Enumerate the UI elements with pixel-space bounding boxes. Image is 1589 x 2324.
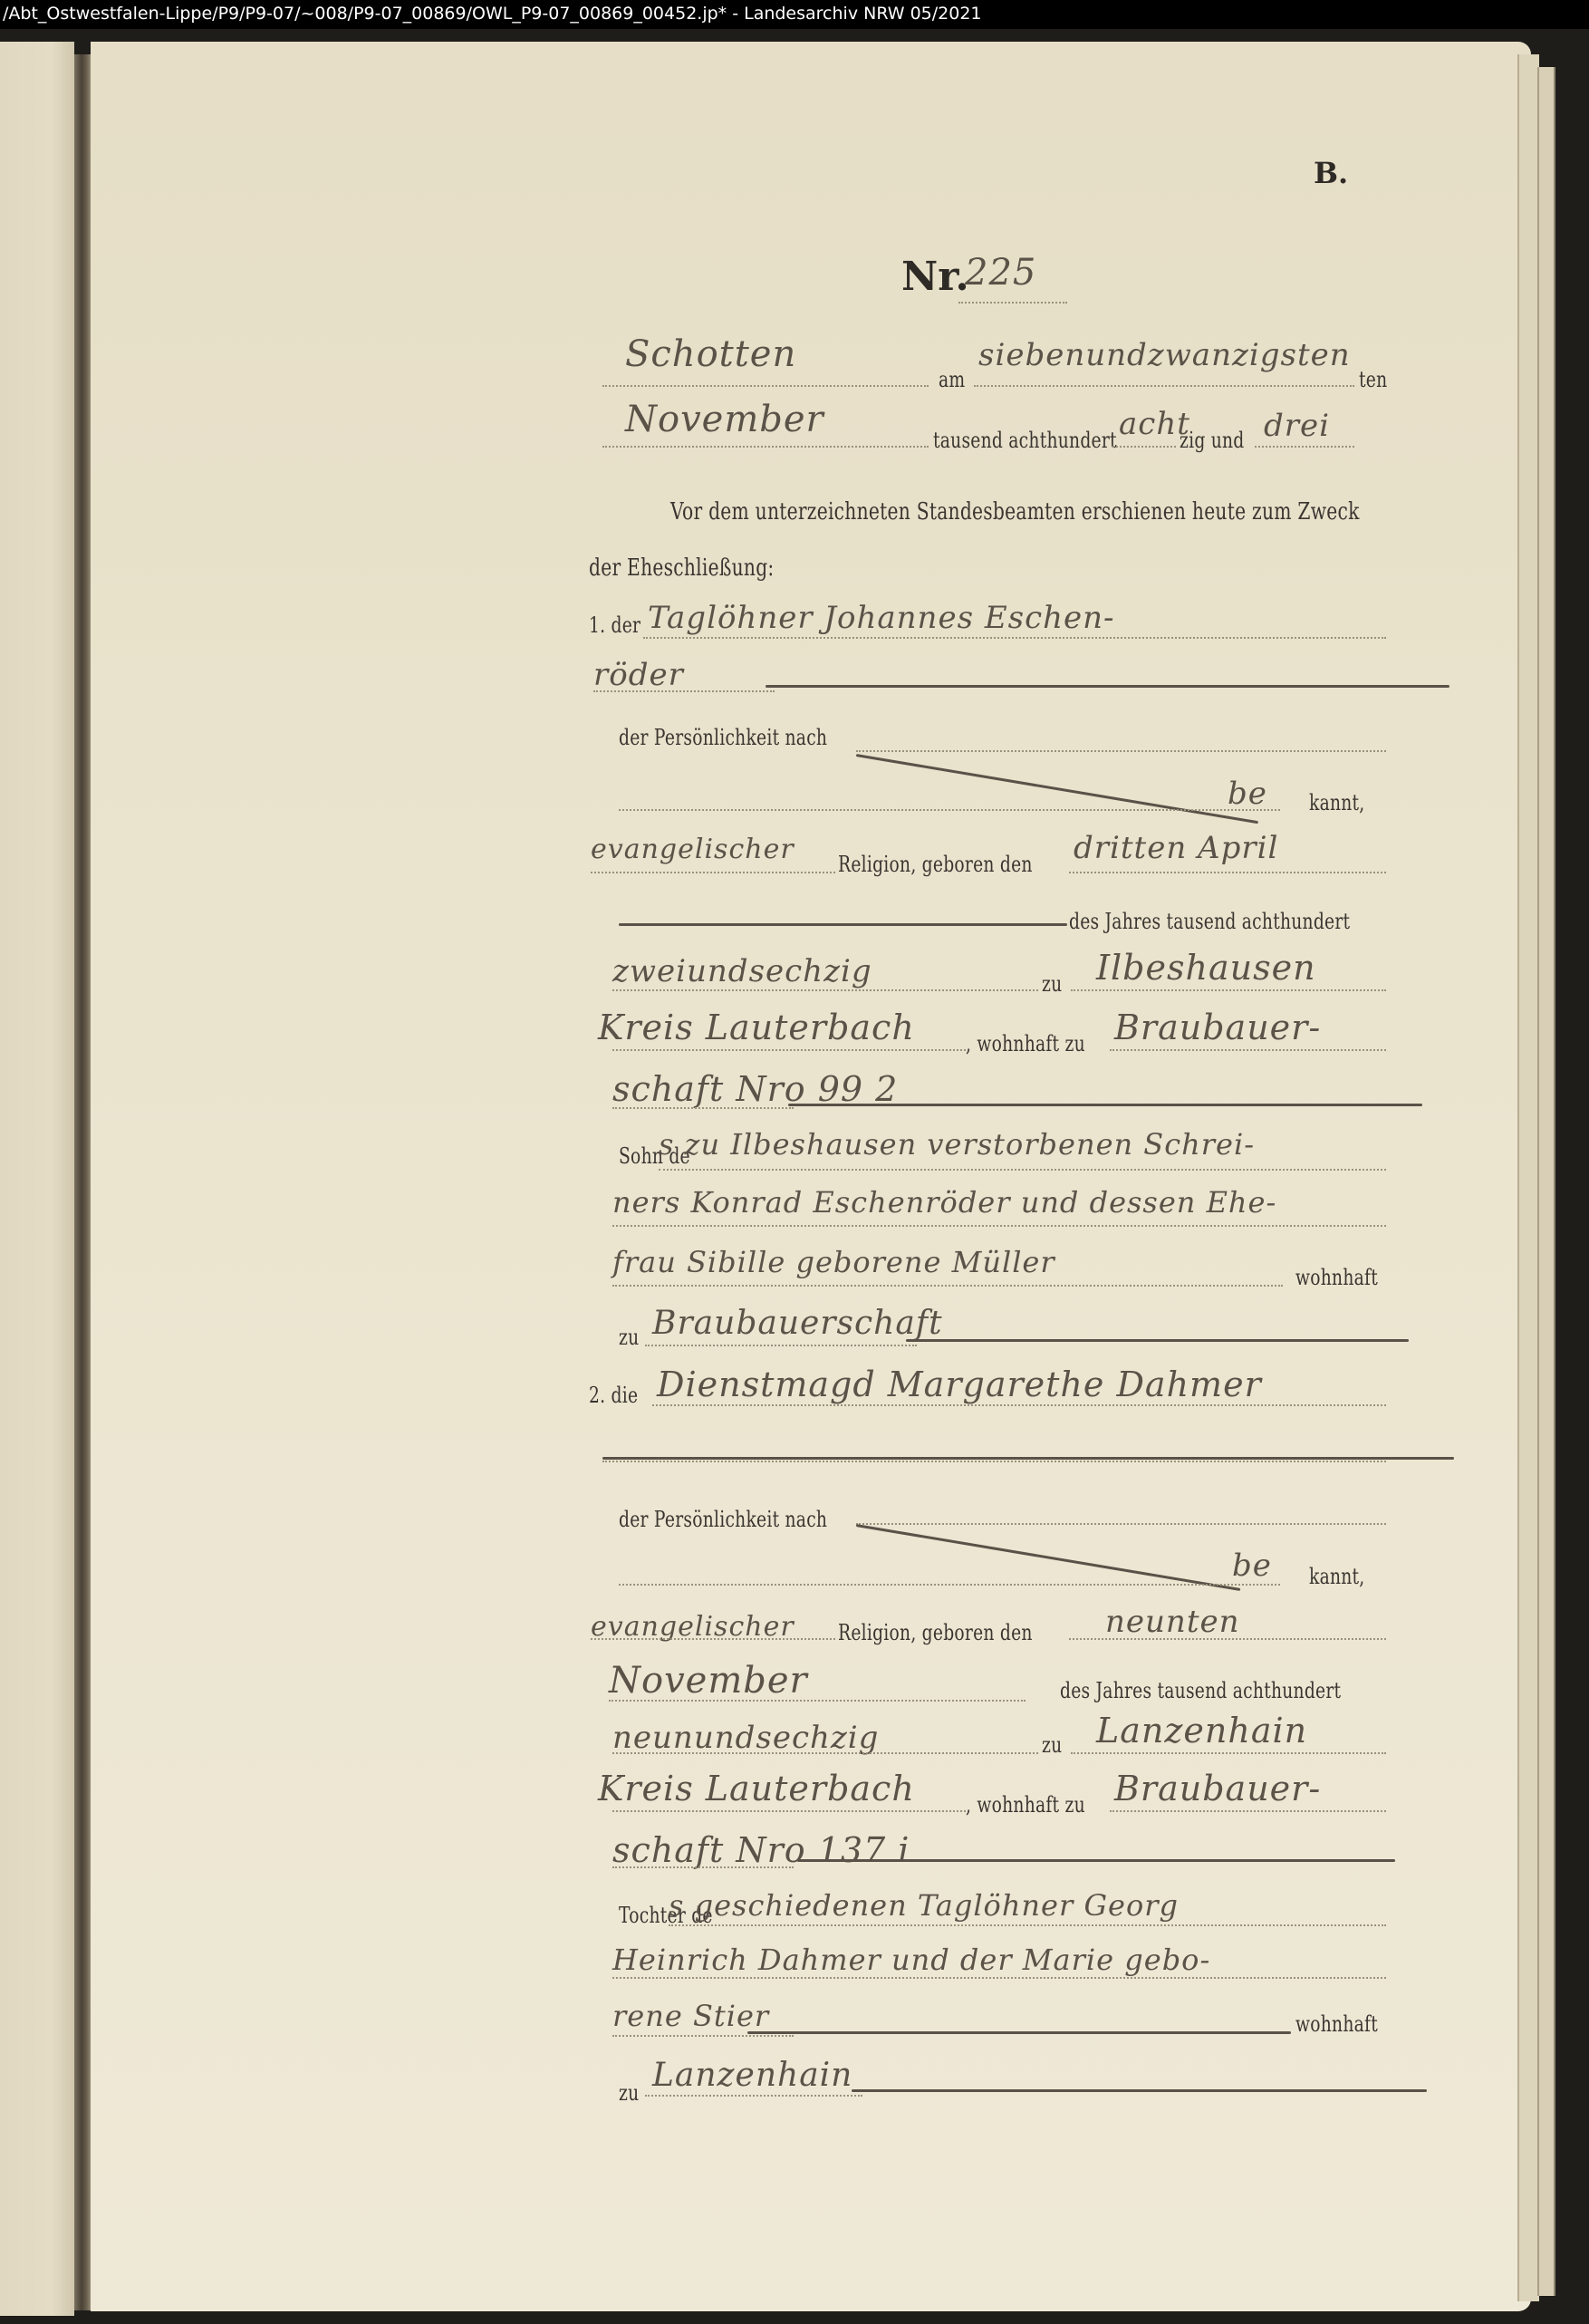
- bride-parents-rule-1: [669, 1924, 1386, 1926]
- bride-birth-year: neunundsechzig: [612, 1720, 879, 1756]
- year-unit-line: [1255, 446, 1354, 448]
- bride-residence-rule-2: [612, 1866, 794, 1868]
- groom-label: 1. der: [589, 612, 640, 638]
- groom-birth-place: Ilbeshausen: [1096, 948, 1316, 988]
- groom-personal-slash: [856, 754, 1258, 824]
- groom-district-rule: [612, 1049, 966, 1051]
- intro-line-1: Vor dem unterzeichneten Standesbeamten e…: [670, 498, 1360, 526]
- groom-known-prefix: be: [1228, 776, 1267, 812]
- groom-birth-year: zweiundsechzig: [612, 953, 872, 989]
- groom-year-label: des Jahres tausend achthundert: [1069, 909, 1350, 934]
- bride-birth-month-rule: [609, 1700, 1026, 1702]
- day-line: [974, 385, 1354, 387]
- bride-zu: zu: [1042, 1732, 1062, 1758]
- record-number-line: [958, 302, 1067, 304]
- bride-parents-residence-strike: [852, 2089, 1427, 2092]
- groom-residence-rule-1: [1110, 1049, 1386, 1051]
- intro-line-2: der Eheschließung:: [589, 554, 774, 582]
- label-zig-und: zig und: [1180, 428, 1245, 453]
- groom-month-strike: [619, 923, 1067, 926]
- bride-district: Kreis Lauterbach: [598, 1769, 915, 1808]
- bride-religion-label: Religion, geboren den: [838, 1620, 1033, 1645]
- month-handwritten: November: [625, 399, 824, 440]
- groom-parents-rule-2: [612, 1225, 1386, 1227]
- bride-birth-day-rule: [1069, 1638, 1386, 1640]
- bride-parents-line-2: Heinrich Dahmer und der Marie gebo-: [612, 1943, 1210, 1977]
- bride-parents-zu: zu: [619, 2080, 639, 2106]
- groom-name-line-1-rule: [643, 637, 1386, 639]
- bride-birth-place-rule: [1071, 1752, 1386, 1754]
- groom-parents-line-3: frau Sibille geborene Müller: [612, 1245, 1055, 1279]
- groom-residence-strike: [788, 1104, 1422, 1106]
- groom-personal-rule: [856, 750, 1386, 752]
- groom-parents-residence-rule: [645, 1345, 917, 1346]
- groom-known-rule: [619, 809, 1280, 811]
- groom-religion-rule: [591, 872, 835, 873]
- groom-name-line-2-rule: [593, 690, 775, 692]
- bride-parents-line-1: s geschiedenen Taglöhner Georg: [669, 1888, 1179, 1923]
- groom-known-suffix: kannt,: [1309, 790, 1364, 815]
- groom-birth-day-rule: [1069, 872, 1386, 873]
- groom-name-line-1: Taglöhner Johannes Eschen-: [648, 600, 1115, 636]
- bride-parents-residence: Lanzenhain: [652, 2057, 852, 2094]
- bride-parents-strike: [747, 2031, 1291, 2034]
- bride-birth-day: neunten: [1105, 1604, 1240, 1640]
- groom-birth-day: dritten April: [1074, 830, 1278, 866]
- bride-label: 2. die: [589, 1383, 638, 1408]
- groom-religion-label: Religion, geboren den: [838, 852, 1033, 877]
- bride-known-suffix: kannt,: [1309, 1564, 1364, 1589]
- bride-personal-slash: [856, 1524, 1241, 1591]
- groom-parents-residence: Braubauerschaft: [652, 1305, 943, 1342]
- groom-parents-line-2: ners Konrad Eschenröder und dessen Ehe-: [612, 1185, 1276, 1220]
- groom-name-strike: [766, 685, 1449, 688]
- bride-name-line-1: Dienstmagd Margarethe Dahmer: [657, 1365, 1262, 1404]
- record-number-label: Nr.: [901, 254, 969, 300]
- bride-birth-month: November: [609, 1660, 808, 1702]
- day-handwritten: siebenundzwanzigsten: [978, 337, 1351, 373]
- bride-known-rule: [619, 1584, 1280, 1586]
- groom-residence-rule-2: [612, 1107, 794, 1109]
- groom-religion: evangelischer: [591, 834, 794, 865]
- groom-birth-year-rule: [612, 989, 1038, 991]
- groom-parents-zu: zu: [619, 1325, 639, 1350]
- bride-residing-label: , wohnhaft zu: [966, 1792, 1085, 1818]
- groom-residing-label: , wohnhaft zu: [966, 1031, 1085, 1056]
- groom-name-line-2: röder: [593, 657, 684, 693]
- groom-parents-residence-strike: [906, 1339, 1409, 1342]
- groom-birth-place-rule: [1071, 989, 1386, 991]
- groom-parents-rule-1: [659, 1169, 1386, 1171]
- bride-name-rule: [652, 1404, 1386, 1406]
- label-am: am: [939, 367, 965, 392]
- marriage-record: B. Nr. 225 Schotten am siebenundzwanzigs…: [0, 0, 1589, 2324]
- groom-personal-label: der Persönlichkeit nach: [619, 725, 827, 750]
- label-ten: ten: [1359, 367, 1387, 392]
- groom-parents-residing-label: wohnhaft: [1295, 1265, 1378, 1290]
- year-decade-line: [1112, 446, 1176, 448]
- groom-residence-line-1: Braubauer-: [1114, 1008, 1321, 1047]
- groom-parents-line-1: s zu Ilbeshausen verstorbenen Schrei-: [659, 1127, 1255, 1162]
- bride-parents-line-3: rene Stier: [612, 1999, 769, 2033]
- bride-religion-rule: [591, 1638, 835, 1640]
- record-number: 225: [965, 252, 1036, 294]
- bride-parents-residence-rule: [645, 2095, 862, 2097]
- bride-name-rule-2: [602, 1461, 1386, 1462]
- bride-residence-rule-1: [1110, 1810, 1386, 1812]
- month-line: [602, 446, 929, 448]
- bride-birth-year-rule: [612, 1752, 1038, 1754]
- place-line: [602, 385, 929, 387]
- section-letter: B.: [1314, 156, 1348, 190]
- groom-district: Kreis Lauterbach: [598, 1008, 915, 1047]
- bride-birth-place: Lanzenhain: [1096, 1711, 1307, 1750]
- bride-parents-residing-label: wohnhaft: [1295, 2011, 1378, 2037]
- bride-personal-rule: [856, 1523, 1386, 1525]
- bride-personal-label: der Persönlichkeit nach: [619, 1507, 827, 1532]
- place-handwritten: Schotten: [625, 333, 796, 375]
- bride-year-label: des Jahres tausend achthundert: [1060, 1678, 1341, 1703]
- year-unit-handwritten: drei: [1264, 408, 1330, 444]
- bride-name-strike: [602, 1457, 1454, 1460]
- groom-zu: zu: [1042, 971, 1062, 997]
- groom-parents-rule-3: [612, 1285, 1283, 1287]
- bride-district-rule: [612, 1810, 966, 1812]
- bride-parents-rule-2: [612, 1977, 1386, 1979]
- bride-residence-strike: [797, 1859, 1395, 1862]
- bride-known-prefix: be: [1232, 1548, 1272, 1584]
- label-tausend-achthundert: tausend achthundert: [933, 428, 1117, 453]
- bride-parents-rule-3: [612, 2035, 794, 2037]
- bride-residence-line-2: schaft Nro 137 i: [612, 1830, 910, 1870]
- bride-residence-line-1: Braubauer-: [1114, 1769, 1321, 1808]
